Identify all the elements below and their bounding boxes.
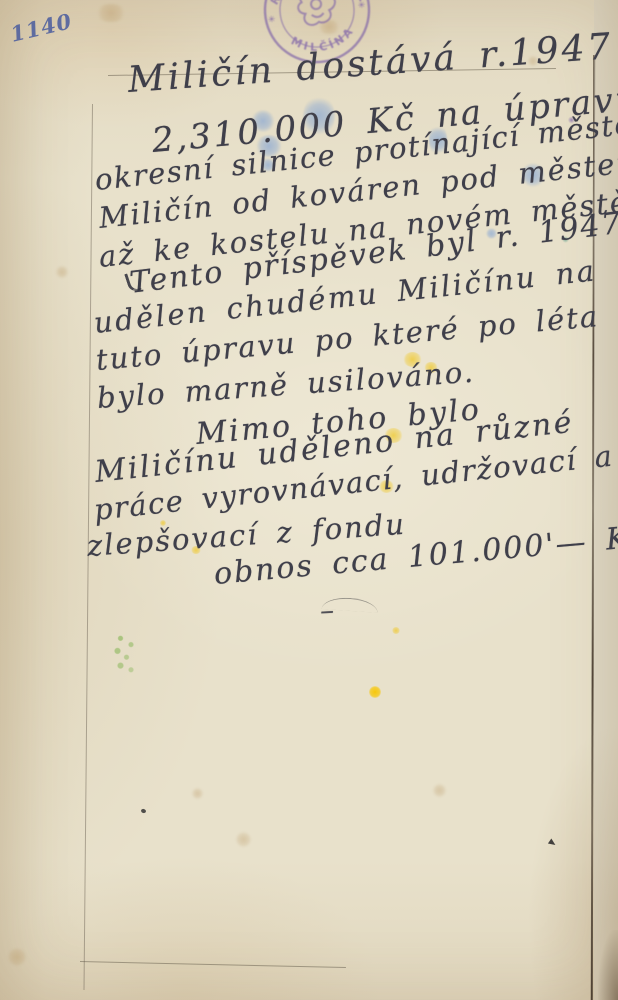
document-page: 1140 RADA MĚSTA MILČÍNA ✳ ✳ Miličín dost… <box>0 0 618 1000</box>
handwriting-block: Miličín dostává r.19472,310.000 Kč na úp… <box>0 0 618 1000</box>
